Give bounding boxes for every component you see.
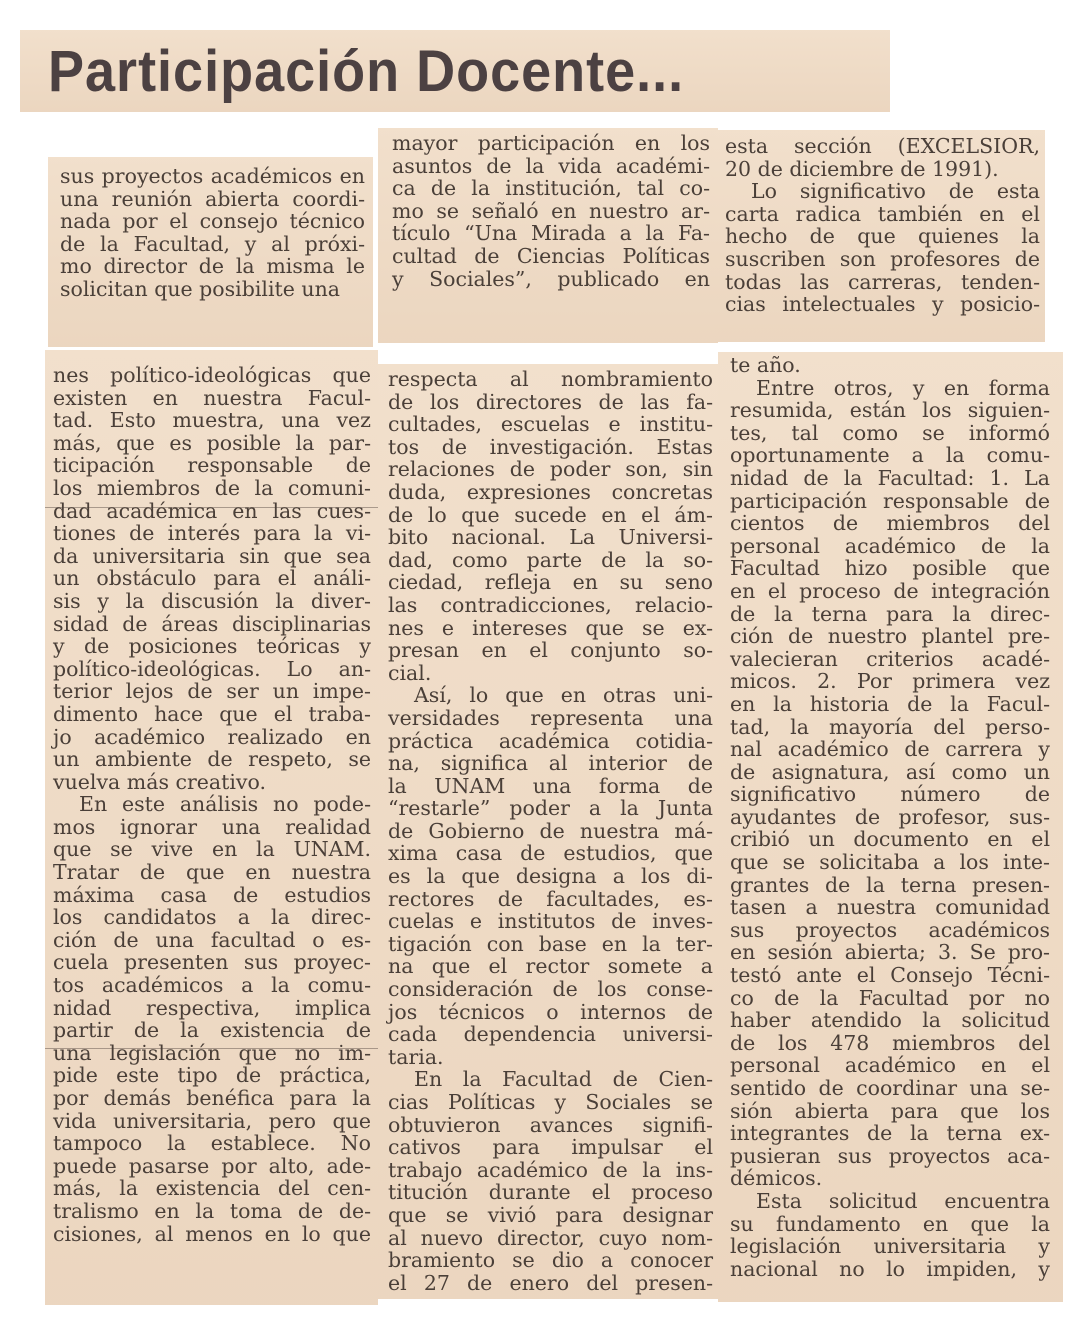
- text-line: asuntos de la vida académi-: [392, 155, 710, 178]
- text-line: carta radica también en el: [725, 203, 1040, 226]
- text-line: de los directores de las fa-: [388, 391, 713, 414]
- text-line: 20 de diciembre de 1991).: [725, 158, 1040, 181]
- text-line: sidad de áreas disciplinarias: [53, 613, 371, 636]
- text-line: na, significa al interior de: [388, 752, 713, 775]
- text-line: y de posiciones teóricas y: [53, 635, 371, 658]
- text-line: ayudantes de profesor, sus-: [730, 806, 1050, 829]
- text-line: na que el rector somete a: [388, 955, 713, 978]
- text-line: sión abierta para que los: [730, 1100, 1050, 1123]
- text-line: ca de la institución, tal co-: [392, 177, 710, 200]
- text-line: existen en nuestra Facul-: [53, 387, 371, 410]
- text-line: cativos para impulsar el: [388, 1136, 713, 1159]
- text-line: titución durante el proceso: [388, 1181, 713, 1204]
- text-line: nada por el consejo técnico: [60, 210, 365, 233]
- text-line: bramiento se dio a conocer: [388, 1249, 713, 1272]
- text-line: tículo “Una Mirada a la Fa-: [392, 222, 710, 245]
- text-line: máxima casa de estudios: [53, 884, 371, 907]
- text-line: jos técnicos o internos de: [388, 1001, 713, 1024]
- text-line: ción de nuestro plantel pre-: [730, 625, 1050, 648]
- text-line: tes, tal como se informó: [730, 422, 1050, 445]
- text-line: integrantes de la terna ex-: [730, 1122, 1050, 1145]
- body-column-3: te año.Entre otros, y en formaresumida, …: [718, 352, 1063, 1302]
- text-line: nacional no lo impiden, y: [730, 1258, 1050, 1281]
- text-line: En la Facultad de Cien-: [388, 1068, 713, 1091]
- text-line: ciedad, refleja en su seno: [388, 571, 713, 594]
- text-line: de lo que sucede en el ám-: [388, 504, 713, 527]
- text-line: testó ante el Consejo Técni-: [730, 964, 1050, 987]
- text-line: mo se señaló en nuestro ar-: [392, 200, 710, 223]
- text-line: esta sección (EXCELSIOR,: [725, 135, 1040, 158]
- text-line: nidad de la Facultad: 1. La: [730, 467, 1050, 490]
- text-line: terior lejos de ser un impe-: [53, 680, 371, 703]
- text-line: nal académico de carrera y: [730, 738, 1050, 761]
- text-line: tos de investigación. Estas: [388, 436, 713, 459]
- text-line: tiones de interés para la vi-: [53, 522, 371, 545]
- top-column-3: esta sección (EXCELSIOR,20 de diciembre …: [715, 130, 1045, 342]
- text-line: tampoco la establece. No: [53, 1132, 371, 1155]
- text-line: duda, expresiones concretas: [388, 481, 713, 504]
- text-line: haber atendido la solicitud: [730, 1009, 1050, 1032]
- headline-clipping: Participación Docente...: [20, 30, 890, 112]
- text-line: de Gobierno de nuestra má-: [388, 820, 713, 843]
- text-line: que se vive en la UNAM.: [53, 838, 371, 861]
- headline: Participación Docente...: [48, 38, 684, 105]
- text-line: el 27 de enero del presen-: [388, 1272, 713, 1295]
- text-line: mo director de la misma le: [60, 255, 365, 278]
- text-line: los candidatos a la direc-: [53, 906, 371, 929]
- text-line: los miembros de la comuni-: [53, 477, 371, 500]
- text-line: tigación con base en la ter-: [388, 933, 713, 956]
- text-line: consideración de los conse-: [388, 978, 713, 1001]
- text-line: grantes de la terna presen-: [730, 874, 1050, 897]
- text-line: dimento hace que el traba-: [53, 703, 371, 726]
- top-column-1-text: sus proyectos académicos enuna reunión a…: [60, 165, 365, 301]
- text-line: que se solicitaba a los inte-: [730, 851, 1050, 874]
- text-line: cial.: [388, 662, 713, 685]
- text-line: cribió un documento en el: [730, 828, 1050, 851]
- text-line: cada dependencia universi-: [388, 1023, 713, 1046]
- text-line: en el proceso de integración: [730, 580, 1050, 603]
- text-line: suscriben son profesores de: [725, 248, 1040, 271]
- text-line: hecho de que quienes la: [725, 225, 1040, 248]
- text-line: Lo significativo de esta: [725, 180, 1040, 203]
- text-line: tos académicos a la comu-: [53, 974, 371, 997]
- text-line: en la historia de la Facul-: [730, 693, 1050, 716]
- text-line: sus proyectos académicos en: [60, 165, 365, 188]
- text-line: las contradicciones, relacio-: [388, 594, 713, 617]
- text-line: versidades representa una: [388, 707, 713, 730]
- text-line: da universitaria sin que sea: [53, 545, 371, 568]
- text-line: significativo número de: [730, 783, 1050, 806]
- text-line: valecieran criterios acadé-: [730, 648, 1050, 671]
- text-line: al nuevo director, cuyo nom-: [388, 1227, 713, 1250]
- text-line: oportunamente a la comu-: [730, 444, 1050, 467]
- text-line: Entre otros, y en forma: [730, 377, 1050, 400]
- text-line: sis y la discusión la diver-: [53, 590, 371, 613]
- text-line: cuelas e institutos de inves-: [388, 910, 713, 933]
- text-line: presan en el conjunto so-: [388, 639, 713, 662]
- text-line: pusieran sus proyectos aca-: [730, 1145, 1050, 1168]
- text-line: que se vivió para designar: [388, 1204, 713, 1227]
- text-line: en sesión abierta; 3. Se pro-: [730, 941, 1050, 964]
- text-line: En este análisis no pode-: [53, 793, 371, 816]
- body-column-1: nes político-ideológicas queexisten en n…: [45, 350, 378, 1305]
- text-line: más, que es posible la par-: [53, 432, 371, 455]
- body-column-1-text: nes político-ideológicas queexisten en n…: [53, 364, 371, 1245]
- text-line: Esta solicitud encuentra: [730, 1190, 1050, 1213]
- text-line: relaciones de poder son, sin: [388, 458, 713, 481]
- text-line: vida universitaria, pero que: [53, 1110, 371, 1133]
- text-line: co de la Facultad por no: [730, 987, 1050, 1010]
- text-line: de los 478 miembros del: [730, 1032, 1050, 1055]
- text-line: tad. Esto muestra, una vez: [53, 409, 371, 432]
- text-line: jo académico realizado en: [53, 726, 371, 749]
- body-column-2: respecta al nombramientode los directore…: [378, 364, 721, 1299]
- text-line: nes político-ideológicas que: [53, 364, 371, 387]
- text-line: dad, como parte de la so-: [388, 549, 713, 572]
- text-line: cias Políticas y Sociales se: [388, 1091, 713, 1114]
- text-line: participación responsable de: [730, 490, 1050, 513]
- top-column-1: sus proyectos académicos enuna reunión a…: [48, 157, 373, 347]
- top-column-2: mayor participación en losasuntos de la …: [378, 128, 718, 343]
- text-line: cisiones, al menos en lo que: [53, 1223, 371, 1246]
- text-line: mos ignorar una realidad: [53, 816, 371, 839]
- text-line: rectores de facultades, es-: [388, 888, 713, 911]
- text-line: y Sociales”, publicado en: [392, 268, 710, 291]
- text-line: Facultad hizo posible que: [730, 557, 1050, 580]
- text-line: dad académica en las cues-: [53, 500, 371, 523]
- text-line: puede pasarse por alto, ade-: [53, 1155, 371, 1178]
- text-line: pide este tipo de práctica,: [53, 1064, 371, 1087]
- text-line: sus proyectos académicos: [730, 919, 1050, 942]
- text-line: ción de una facultad o es-: [53, 929, 371, 952]
- text-line: práctica académica cotidia-: [388, 730, 713, 753]
- text-line: un ambiente de respeto, se: [53, 748, 371, 771]
- text-line: cias intelectuales y posicio-: [725, 293, 1040, 316]
- text-line: cuela presenten sus proyec-: [53, 951, 371, 974]
- text-line: una legislación que no im-: [53, 1042, 371, 1065]
- text-line: trabajo académico de la ins-: [388, 1159, 713, 1182]
- text-line: cultades, escuelas e institu-: [388, 413, 713, 436]
- text-line: mayor participación en los: [392, 132, 710, 155]
- text-line: de la terna para la direc-: [730, 603, 1050, 626]
- text-line: démicos.: [730, 1167, 1050, 1190]
- text-line: por demás benéfica para la: [53, 1087, 371, 1110]
- text-line: obtuvieron avances signifi-: [388, 1114, 713, 1137]
- text-line: la UNAM una forma de: [388, 775, 713, 798]
- text-line: su fundamento en que la: [730, 1213, 1050, 1236]
- text-line: micos. 2. Por primera vez: [730, 670, 1050, 693]
- text-line: bito nacional. La Universi-: [388, 526, 713, 549]
- text-line: “restarle” poder a la Junta: [388, 797, 713, 820]
- text-line: cientos de miembros del: [730, 512, 1050, 535]
- text-line: nidad respectiva, implica: [53, 997, 371, 1020]
- text-line: Así, lo que en otras uni-: [388, 684, 713, 707]
- text-line: político-ideológicas. Lo an-: [53, 658, 371, 681]
- text-line: taria.: [388, 1046, 713, 1069]
- text-line: sentido de coordinar una se-: [730, 1077, 1050, 1100]
- text-line: una reunión abierta coordi-: [60, 188, 365, 211]
- text-line: xima casa de estudios, que: [388, 842, 713, 865]
- text-line: solicitan que posibilite una: [60, 278, 365, 301]
- text-line: respecta al nombramiento: [388, 368, 713, 391]
- body-column-3-text: te año.Entre otros, y en formaresumida, …: [730, 354, 1050, 1280]
- text-line: de la Facultad, y al próxi-: [60, 233, 365, 256]
- text-line: resumida, están los siguien-: [730, 399, 1050, 422]
- text-line: partir de la existencia de: [53, 1019, 371, 1042]
- text-line: todas las carreras, tenden-: [725, 271, 1040, 294]
- body-column-2-text: respecta al nombramientode los directore…: [388, 368, 713, 1294]
- top-column-2-text: mayor participación en losasuntos de la …: [392, 132, 710, 290]
- text-line: tad, la mayoría del perso-: [730, 716, 1050, 739]
- text-line: Tratar de que en nuestra: [53, 861, 371, 884]
- text-line: personal académico de la: [730, 535, 1050, 558]
- top-column-3-text: esta sección (EXCELSIOR,20 de diciembre …: [725, 135, 1040, 316]
- text-line: de asignatura, así como un: [730, 761, 1050, 784]
- text-line: legislación universitaria y: [730, 1235, 1050, 1258]
- text-line: nes e intereses que se ex-: [388, 617, 713, 640]
- text-line: cultad de Ciencias Políticas: [392, 245, 710, 268]
- text-line: personal académico en el: [730, 1054, 1050, 1077]
- text-line: tasen a nuestra comunidad: [730, 896, 1050, 919]
- text-line: ticipación responsable de: [53, 454, 371, 477]
- text-line: un obstáculo para el análi-: [53, 567, 371, 590]
- text-line: tralismo en la toma de de-: [53, 1200, 371, 1223]
- text-line: te año.: [730, 354, 1050, 377]
- text-line: vuelva más creativo.: [53, 771, 371, 794]
- text-line: más, la existencia del cen-: [53, 1177, 371, 1200]
- text-line: es la que designa a los di-: [388, 865, 713, 888]
